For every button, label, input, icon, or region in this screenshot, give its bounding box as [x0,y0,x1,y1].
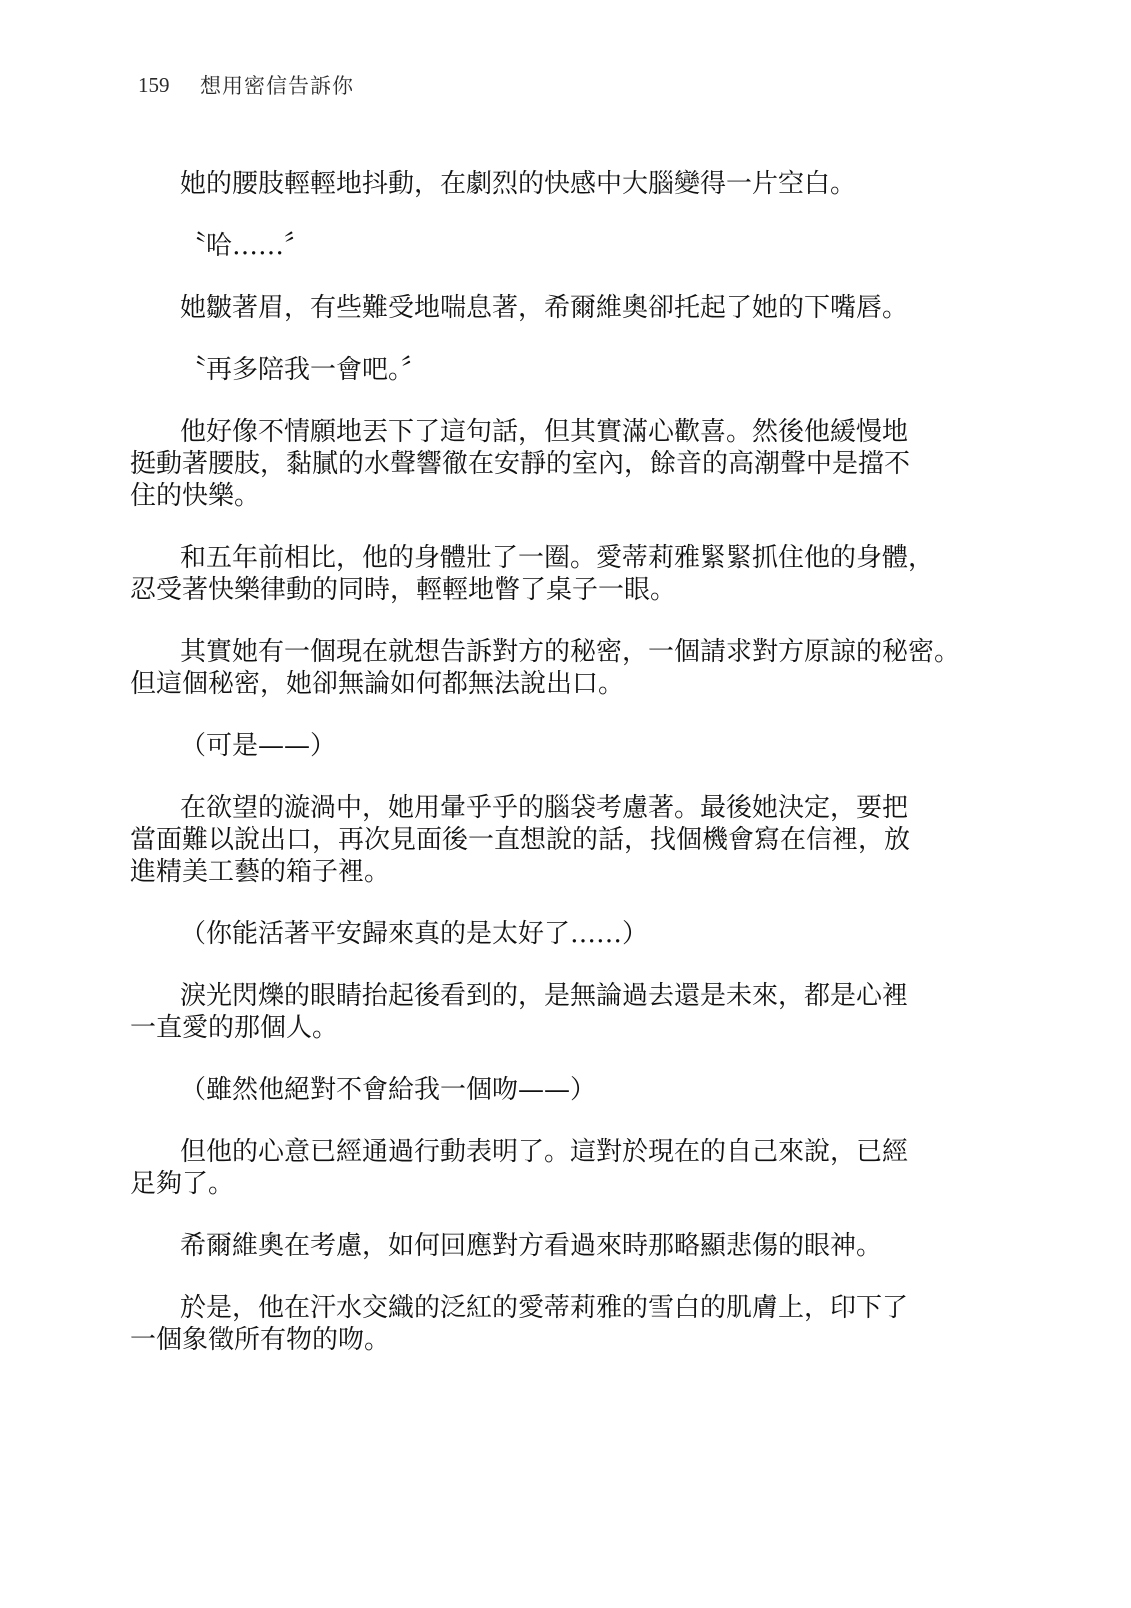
paragraph: 她的腰肢輕輕地抖動，在劇烈的快感中大腦變得一片空白。 [130,168,990,200]
paragraph: （可是——） [130,730,990,762]
paragraph: 希爾維奧在考慮，如何回應對方看過來時那略顯悲傷的眼神。 [130,1230,990,1262]
text-line: 〝哈……〞 [130,230,990,262]
paragraph: 其實她有一個現在就想告訴對方的秘密，一個請求對方原諒的秘密。 但這個秘密，她卻無… [130,636,990,700]
running-head: 159 想用密信告訴你 [138,70,354,100]
text-line: 她的腰肢輕輕地抖動，在劇烈的快感中大腦變得一片空白。 [130,168,990,200]
text-line: 和五年前相比，他的身體壯了一圈。愛蒂莉雅緊緊抓住他的身體， [130,542,990,574]
text-line: 忍受著快樂律動的同時，輕輕地瞥了桌子一眼。 [130,574,990,606]
text-line: 但這個秘密，她卻無論如何都無法說出口。 [130,668,990,700]
paragraph: 他好像不情願地丟下了這句話，但其實滿心歡喜。然後他緩慢地 挺動著腰肢，黏膩的水聲… [130,416,990,512]
text-line: 足夠了。 [130,1168,990,1200]
text-line: 但他的心意已經通過行動表明了。這對於現在的自己來說，已經 [130,1136,990,1168]
paragraph: 淚光閃爍的眼睛抬起後看到的，是無論過去還是未來，都是心裡 一直愛的那個人。 [130,980,990,1044]
paragraph: （雖然他絕對不會給我一個吻——） [130,1074,990,1106]
paragraph: 〝再多陪我一會吧。〞 [130,354,990,386]
text-line: （你能活著平安歸來真的是太好了……） [130,918,990,950]
text-line: （可是——） [130,730,990,762]
text-line: 在欲望的漩渦中，她用暈乎乎的腦袋考慮著。最後她決定，要把 [130,792,990,824]
text-line: 希爾維奧在考慮，如何回應對方看過來時那略顯悲傷的眼神。 [130,1230,990,1262]
text-line: 她皺著眉，有些難受地喘息著，希爾維奧卻托起了她的下嘴唇。 [130,292,990,324]
paragraph: 但他的心意已經通過行動表明了。這對於現在的自己來說，已經 足夠了。 [130,1136,990,1200]
text-line: 其實她有一個現在就想告訴對方的秘密，一個請求對方原諒的秘密。 [130,636,990,668]
page-number: 159 [138,73,200,98]
text-line: 挺動著腰肢，黏膩的水聲響徹在安靜的室內，餘音的高潮聲中是擋不 [130,448,990,480]
text-line: 於是，他在汗水交織的泛紅的愛蒂莉雅的雪白的肌膚上，印下了 [130,1292,990,1324]
paragraph: 和五年前相比，他的身體壯了一圈。愛蒂莉雅緊緊抓住他的身體， 忍受著快樂律動的同時… [130,542,990,606]
body-text: 她的腰肢輕輕地抖動，在劇烈的快感中大腦變得一片空白。 〝哈……〞 她皺著眉，有些… [130,168,990,1386]
book-title: 想用密信告訴你 [200,70,354,100]
paragraph: 她皺著眉，有些難受地喘息著，希爾維奧卻托起了她的下嘴唇。 [130,292,990,324]
paragraph: 於是，他在汗水交織的泛紅的愛蒂莉雅的雪白的肌膚上，印下了 一個象徵所有物的吻。 [130,1292,990,1356]
paragraph: 〝哈……〞 [130,230,990,262]
text-line: 進精美工藝的箱子裡。 [130,856,990,888]
text-line: 他好像不情願地丟下了這句話，但其實滿心歡喜。然後他緩慢地 [130,416,990,448]
text-line: 淚光閃爍的眼睛抬起後看到的，是無論過去還是未來，都是心裡 [130,980,990,1012]
text-line: 當面難以說出口，再次見面後一直想說的話，找個機會寫在信裡，放 [130,824,990,856]
text-line: 住的快樂。 [130,480,990,512]
paragraph: 在欲望的漩渦中，她用暈乎乎的腦袋考慮著。最後她決定，要把 當面難以說出口，再次見… [130,792,990,888]
text-line: 一個象徵所有物的吻。 [130,1324,990,1356]
paragraph: （你能活著平安歸來真的是太好了……） [130,918,990,950]
text-line: （雖然他絕對不會給我一個吻——） [130,1074,990,1106]
text-line: 〝再多陪我一會吧。〞 [130,354,990,386]
text-line: 一直愛的那個人。 [130,1012,990,1044]
